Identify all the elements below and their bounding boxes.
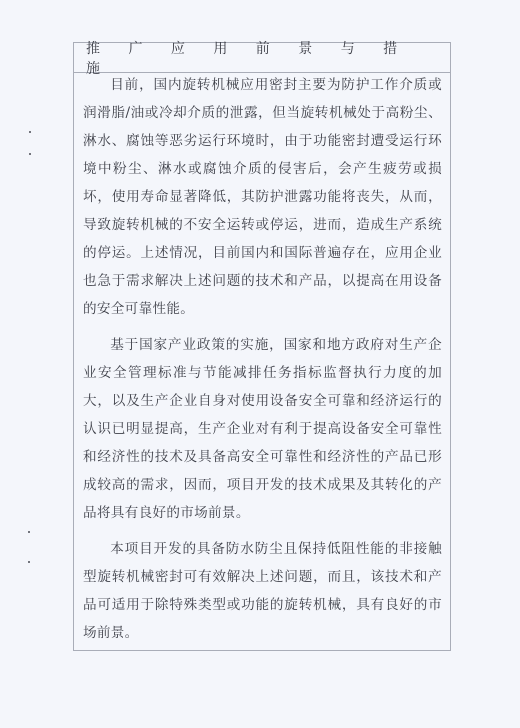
content-table: 推 广 应 用 前 景 与 措 施 目前，国内旋转机械应用密封主要为防护工作介质… bbox=[73, 42, 451, 651]
binding-hole-mark bbox=[28, 531, 30, 533]
binding-hole-mark bbox=[28, 561, 30, 563]
paragraph: 基于国家产业政策的实施，国家和地方政府对生产企业安全管理标准与节能减排任务指标监… bbox=[83, 331, 442, 527]
paragraph: 目前，国内旋转机械应用密封主要为防护工作介质或润滑脂/油或冷却介质的泄露，但当旋… bbox=[83, 71, 442, 323]
binding-hole-mark bbox=[29, 153, 31, 155]
binding-hole-mark bbox=[29, 131, 31, 133]
section-body: 目前，国内旋转机械应用密封主要为防护工作介质或润滑脂/油或冷却介质的泄露，但当旋… bbox=[74, 71, 450, 647]
paragraph: 本项目开发的具备防水防尘且保持低阻性能的非接触型旋转机械密封可有效解决上述问题，… bbox=[83, 535, 442, 647]
section-title: 推 广 应 用 前 景 与 措 施 bbox=[74, 43, 450, 73]
